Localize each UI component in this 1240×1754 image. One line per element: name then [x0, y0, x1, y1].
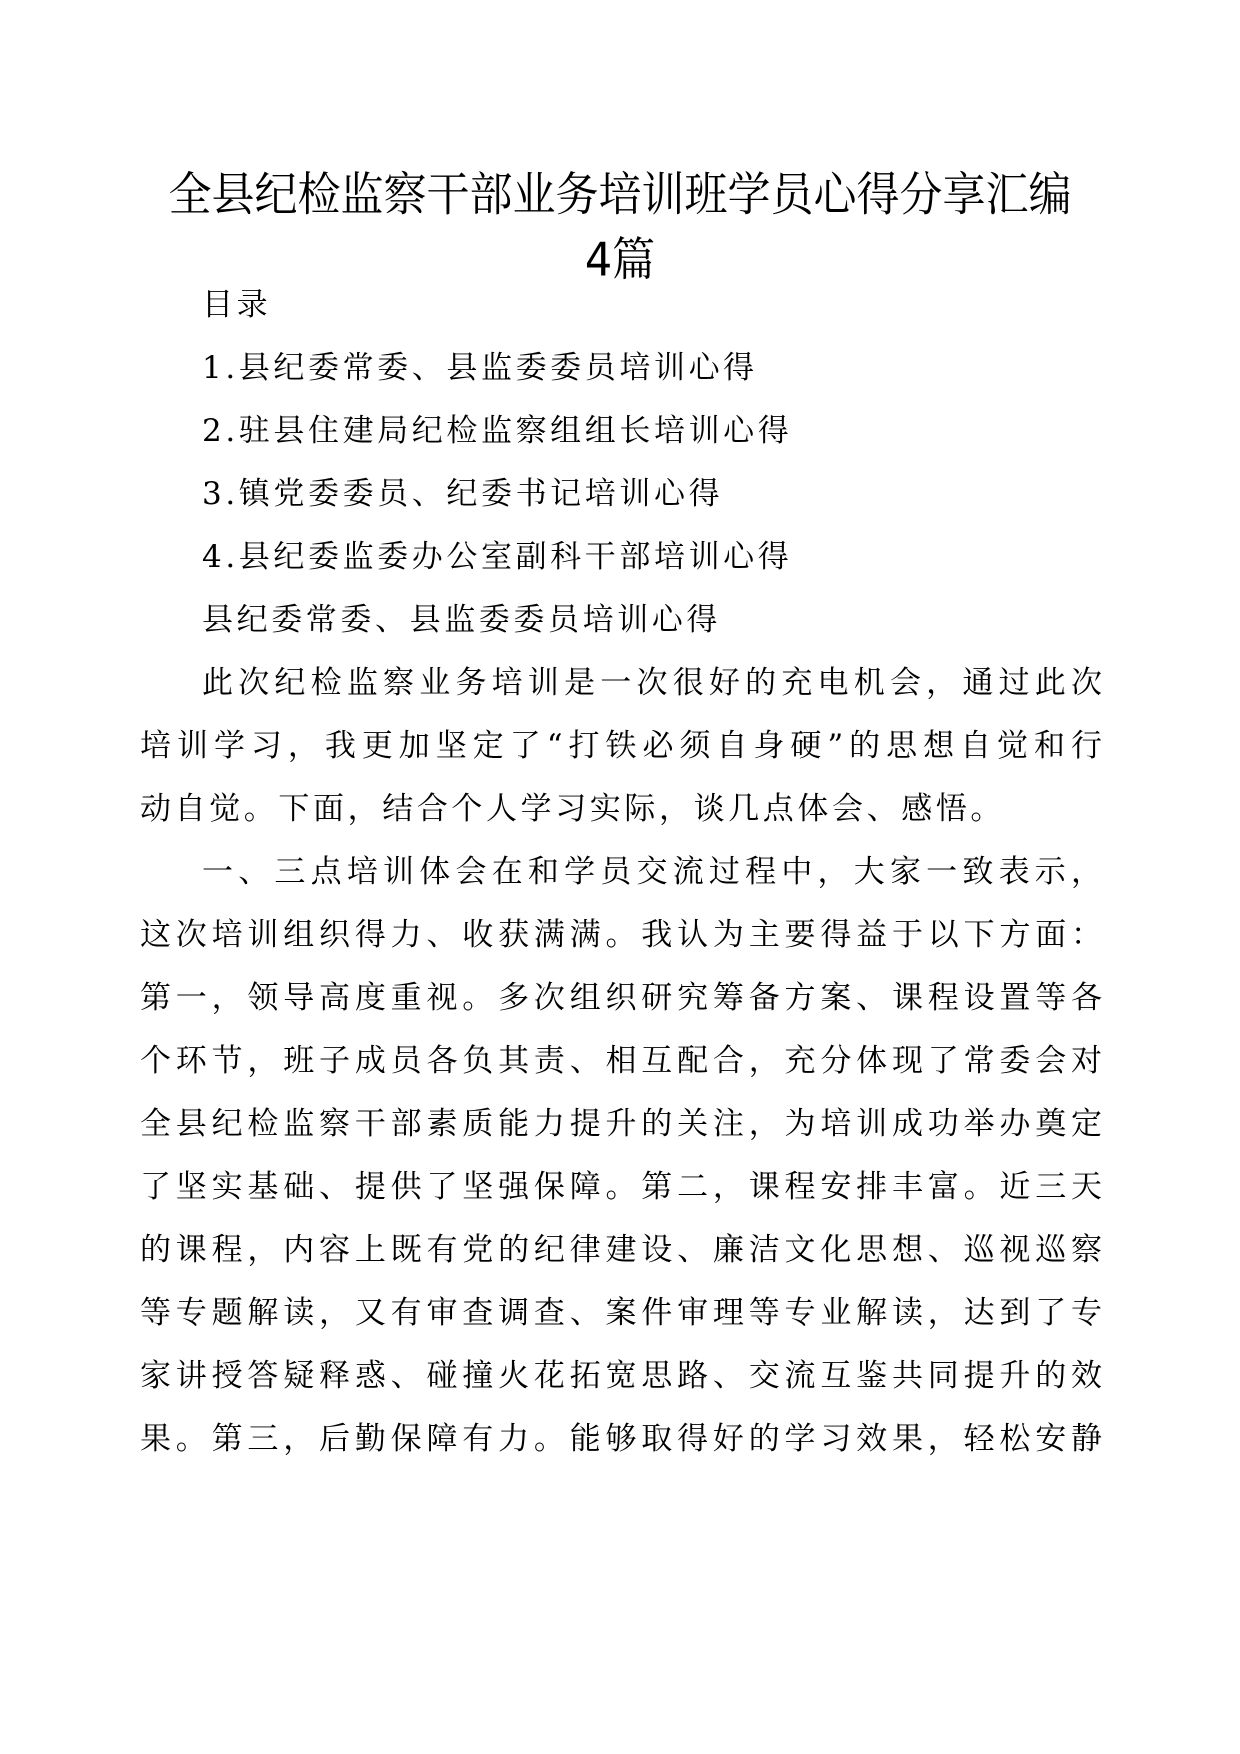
paragraph-2-line-6: 了坚实基础、提供了坚强保障。第二，课程安排丰富。近三天: [140, 1167, 1102, 1207]
toc-item-1: 1.县纪委常委、县监委委员培训心得: [202, 348, 758, 388]
toc-item-3: 3.镇党委委员、纪委书记培训心得: [202, 474, 723, 514]
title-line-1: 全县纪检监察干部业务培训班学员心得分享汇编: [140, 163, 1100, 228]
paragraph-2-line-9: 家讲授答疑释惑、碰撞火花拓宽思路、交流互鉴共同提升的效: [140, 1356, 1102, 1396]
toc-heading: 目录: [202, 285, 271, 325]
paragraph-2-line-5: 全县纪检监察干部素质能力提升的关注，为培训成功举办奠定: [140, 1104, 1102, 1144]
document-page: 全县纪检监察干部业务培训班学员心得分享汇编 4篇 目录 1.县纪委常委、县监委委…: [0, 0, 1240, 1754]
section-heading: 县纪委常委、县监委委员培训心得: [202, 600, 721, 640]
document-title: 全县纪检监察干部业务培训班学员心得分享汇编 4篇: [140, 163, 1100, 293]
paragraph-1-line-2: 培训学习，我更加坚定了“打铁必须自身硬”的思想自觉和行: [140, 726, 1102, 766]
title-line-2: 4篇: [140, 228, 1100, 293]
toc-item-2: 2.驻县住建局纪检监察组组长培训心得: [202, 411, 792, 451]
paragraph-2-line-7: 的课程，内容上既有党的纪律建设、廉洁文化思想、巡视巡察: [140, 1230, 1102, 1270]
paragraph-2-line-4: 个环节，班子成员各负其责、相互配合，充分体现了常委会对: [140, 1041, 1102, 1081]
paragraph-2-line-1: 一、三点培训体会在和学员交流过程中，大家一致表示，: [202, 852, 1102, 892]
paragraph-1-line-1: 此次纪检监察业务培训是一次很好的充电机会，通过此次: [202, 663, 1102, 703]
paragraph-2-line-2: 这次培训组织得力、收获满满。我认为主要得益于以下方面：: [140, 915, 1102, 955]
toc-item-4: 4.县纪委监委办公室副科干部培训心得: [202, 537, 792, 577]
paragraph-1-line-3: 动自觉。下面，结合个人学习实际，谈几点体会、感悟。: [140, 789, 1102, 829]
paragraph-2-line-10: 果。第三，后勤保障有力。能够取得好的学习效果，轻松安静: [140, 1419, 1102, 1459]
paragraph-2-line-8: 等专题解读，又有审查调查、案件审理等专业解读，达到了专: [140, 1293, 1102, 1333]
paragraph-2-line-3: 第一，领导高度重视。多次组织研究筹备方案、课程设置等各: [140, 978, 1102, 1018]
